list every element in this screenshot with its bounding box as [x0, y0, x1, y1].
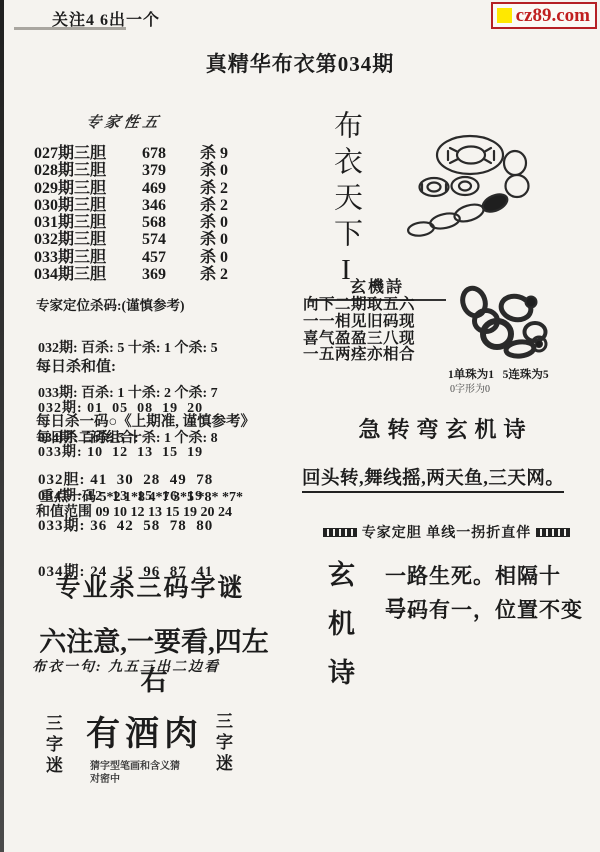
sharp-turn-poem-line: 回头转,舞线摇,两天鱼,三天网。 — [302, 464, 564, 493]
sharp-turn-poem-title: 急转弯玄机诗 — [298, 413, 593, 444]
table-row: 033期三胆457杀 0 — [34, 249, 228, 266]
expert-dan-header: 专家性五 — [84, 111, 164, 132]
lottery-sheet-page: 关注4 6出一个 cz89.com 真精华布衣第034期 专家性五 027期三胆… — [0, 0, 600, 852]
table-row: 030期三胆346杀 2 — [34, 197, 228, 214]
buyi-sentence: 布衣一句: 九五三出二边看 — [32, 656, 220, 676]
expert-dingdan-banner: 专家定胆 单线一拐折直伴 — [298, 522, 595, 542]
kill-three-title: 专业杀三码字谜 — [30, 568, 270, 604]
poem-line: 一五两痊亦相合 — [303, 347, 415, 364]
table-row: 031期三胆568杀 0 — [34, 214, 228, 231]
logo-text: cz89.com — [516, 5, 590, 27]
note-underline — [14, 27, 126, 30]
banner-stripe-icon — [323, 528, 357, 537]
logo-square-icon — [497, 8, 512, 23]
dan-history-table: 027期三胆678杀 9 028期三胆379杀 0 029期三胆469杀 2 0… — [34, 145, 228, 283]
bottom-poem-line: 号码有一，位置不变 — [385, 594, 583, 624]
banner-text: 专家定胆 单线一拐折直伴 — [362, 522, 532, 542]
bead-caption-line2: 0字形为0 — [450, 380, 490, 395]
three-word-note: 对密中 — [90, 770, 120, 785]
table-row: 029期三胆469杀 2 — [34, 180, 228, 197]
list-item: 032期: 百杀: 5 十杀: 1 个杀: 5 — [38, 341, 218, 356]
scan-edge — [0, 0, 4, 852]
three-word-label-right: 三字迷 — [210, 712, 235, 775]
page-title: 真精华布衣第034期 — [0, 48, 600, 78]
poem-line: 向下二期取五六 — [303, 297, 415, 314]
table-row: 028期三胆379杀 0 — [34, 162, 228, 179]
buyi-tianxia-vertical-title: 布衣天下I — [326, 110, 367, 293]
three-word-answer: 有酒肉 — [86, 706, 203, 755]
poem-line: 一一相见旧码现 — [303, 314, 415, 331]
poem-line: 喜气盈盈三八现 — [303, 331, 415, 348]
beads-sketch-drawing — [403, 112, 583, 252]
table-row: 034期三胆369杀 2 — [34, 266, 228, 283]
xuanji-poem: 向下二期取五六 一一相见旧码现 喜气盈盈三八现 一五两痊亦相合 — [303, 297, 415, 364]
table-row: 032期三胆574杀 0 — [34, 231, 228, 248]
sum-range-line: 和值范围 09 10 12 13 15 19 20 24 — [36, 501, 232, 521]
banner-stripe-icon — [536, 528, 570, 537]
list-item: 033期: 36 42 58 78 80 — [38, 519, 213, 534]
three-word-label-left: 三字迷 — [40, 714, 65, 777]
xuanji-vertical-title: 玄机诗 — [320, 560, 359, 707]
bead-blob-drawing — [452, 272, 570, 366]
cz89-logo[interactable]: cz89.com — [491, 2, 597, 29]
table-row: 027期三胆678杀 9 — [34, 145, 228, 162]
